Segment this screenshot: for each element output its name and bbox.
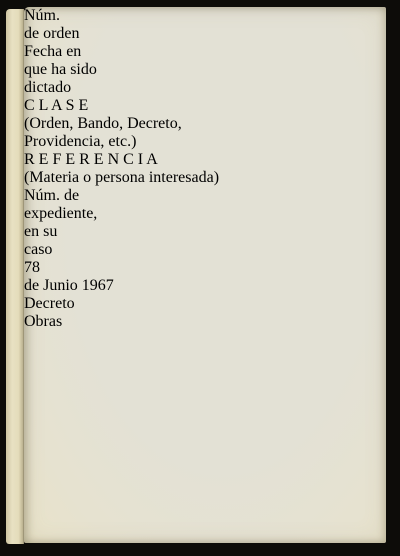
table-header-row: Núm. de orden Fecha en que ha sido dicta… <box>24 7 386 259</box>
handwritten-cell: 78 <box>24 259 386 277</box>
header-line: Núm. de <box>24 187 386 205</box>
handwritten-cell: de Junio 1967 <box>24 277 386 295</box>
header-line: Núm. <box>24 7 386 25</box>
column-header-expediente: Núm. de expediente, en su caso <box>24 187 386 259</box>
register-table: Núm. de orden Fecha en que ha sido dicta… <box>24 7 386 331</box>
header-line: dictado <box>24 79 386 97</box>
page-edge-shadow <box>386 0 392 556</box>
handwritten-cell: Decreto <box>24 295 386 313</box>
header-line: caso <box>24 241 386 259</box>
header-subtitle: (Materia o persona interesada) <box>24 169 386 187</box>
column-header-referencia: R E F E R E N C I A (Materia o persona i… <box>24 151 386 187</box>
header-line: que ha sido <box>24 61 386 79</box>
header-subtitle: (Orden, Bando, Decreto, <box>24 115 386 133</box>
scanned-register-photo: Núm. de orden Fecha en que ha sido dicta… <box>0 0 400 556</box>
header-title: C L A S E <box>24 97 386 115</box>
header-line: expediente, <box>24 205 386 223</box>
book-gutter-page-edges <box>6 9 24 544</box>
column-header-num-orden: Núm. de orden <box>24 7 386 43</box>
table-body: 78de Junio 1967DecretoObras <box>24 259 386 331</box>
table-row: 78de Junio 1967DecretoObras <box>24 259 386 331</box>
handwritten-cell: Obras <box>24 313 386 331</box>
register-page: Núm. de orden Fecha en que ha sido dicta… <box>24 7 386 543</box>
column-header-fecha: Fecha en que ha sido dictado <box>24 43 386 97</box>
header-subtitle: Providencia, etc.) <box>24 133 386 151</box>
header-line: de orden <box>24 25 386 43</box>
header-line: en su <box>24 223 386 241</box>
header-line: Fecha en <box>24 43 386 61</box>
column-header-clase: C L A S E (Orden, Bando, Decreto, Provid… <box>24 97 386 151</box>
header-title: R E F E R E N C I A <box>24 151 386 169</box>
